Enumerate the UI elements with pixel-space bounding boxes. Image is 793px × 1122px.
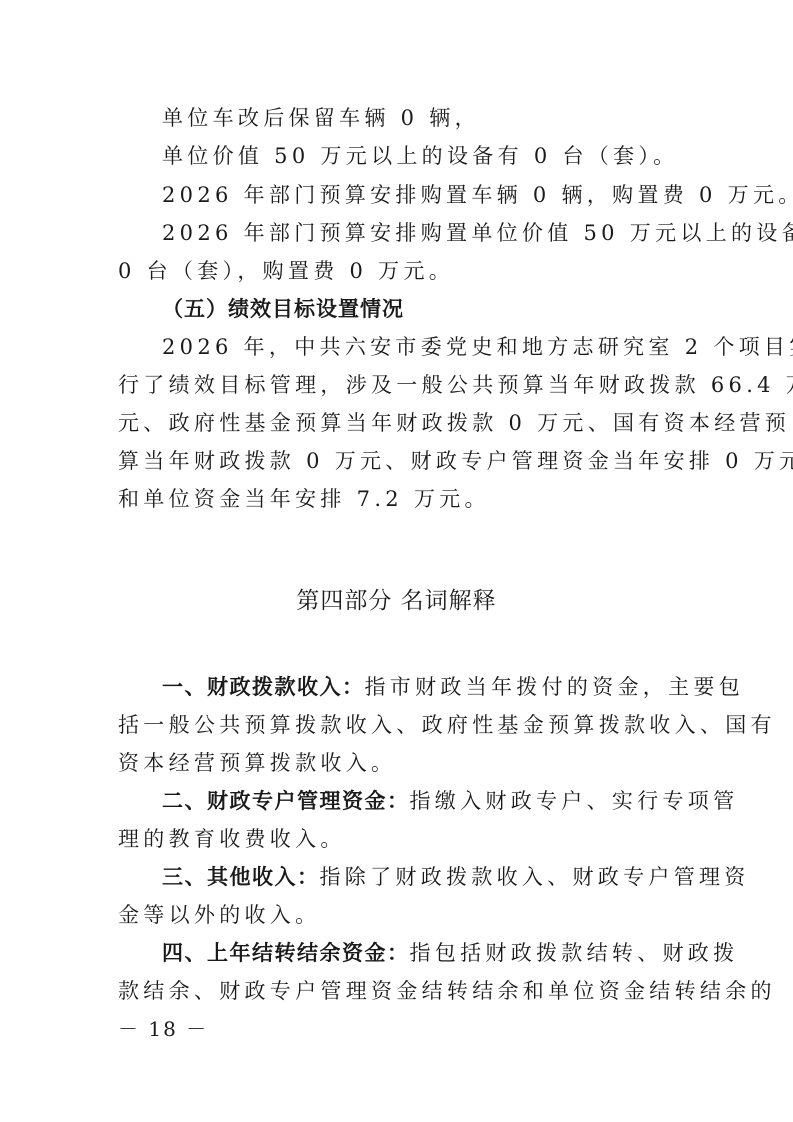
- term-definition-line: 三、其他收入：指除了财政拨款收入、财政专户管理资: [162, 863, 674, 891]
- term-text: 指市财政当年拨付的资金，主要包: [365, 675, 745, 699]
- term-definition-line: 四、上年结转结余资金：指包括财政拨款结转、财政拨: [162, 939, 674, 967]
- paragraph-line: 款结余、财政专户管理资金结转结余和单位资金结转结余的: [118, 977, 674, 1005]
- paragraph-line: 元、政府性基金预算当年财政拨款 0 万元、国有资本经营预: [118, 409, 674, 437]
- term-label: 一、财政拨款收入：: [162, 675, 365, 699]
- paragraph-line: 金等以外的收入。: [118, 901, 674, 929]
- paragraph-line: 和单位资金当年安排 7.2 万元。: [118, 485, 674, 513]
- page-number: － 18 －: [118, 1016, 208, 1042]
- paragraph-line: 0 台（套），购置费 0 万元。: [118, 257, 674, 285]
- term-label: 三、其他收入：: [162, 865, 320, 889]
- paragraph-line: 资本经营预算拨款收入。: [118, 749, 674, 777]
- term-label: 四、上年结转结余资金：: [162, 941, 410, 965]
- subsection-heading: （五）绩效目标设置情况: [162, 295, 404, 323]
- term-label: 二、财政专户管理资金：: [162, 789, 410, 813]
- term-text: 指除了财政拨款收入、财政专户管理资: [320, 865, 750, 889]
- paragraph-line: 2026 年部门预算安排购置车辆 0 辆，购置费 0 万元。: [162, 181, 674, 209]
- term-definition-line: 二、财政专户管理资金：指缴入财政专户、实行专项管: [162, 787, 674, 815]
- paragraph-line: 行了绩效目标管理，涉及一般公共预算当年财政拨款 66.4 万: [118, 371, 674, 399]
- term-definition-line: 一、财政拨款收入：指市财政当年拨付的资金，主要包: [162, 673, 674, 701]
- document-page: 单位车改后保留车辆 0 辆， 单位价值 50 万元以上的设备有 0 台（套）。 …: [0, 0, 793, 1122]
- paragraph-line: 2026 年，中共六安市委党史和地方志研究室 2 个项目实: [162, 333, 674, 361]
- paragraph-line: 单位价值 50 万元以上的设备有 0 台（套）。: [162, 142, 674, 170]
- term-text: 指缴入财政专户、实行专项管: [410, 789, 739, 813]
- section-title: 第四部分 名词解释: [0, 586, 793, 616]
- paragraph-line: 单位车改后保留车辆 0 辆，: [162, 104, 674, 132]
- paragraph-line: 括一般公共预算拨款收入、政府性基金预算拨款收入、国有: [118, 711, 674, 739]
- paragraph-line: 算当年财政拨款 0 万元、财政专户管理资金当年安排 0 万元: [118, 447, 674, 475]
- paragraph-line: 理的教育收费收入。: [118, 825, 674, 853]
- term-text: 指包括财政拨款结转、财政拨: [410, 941, 739, 965]
- paragraph-line: 2026 年部门预算安排购置单位价值 50 万元以上的设备: [162, 219, 674, 247]
